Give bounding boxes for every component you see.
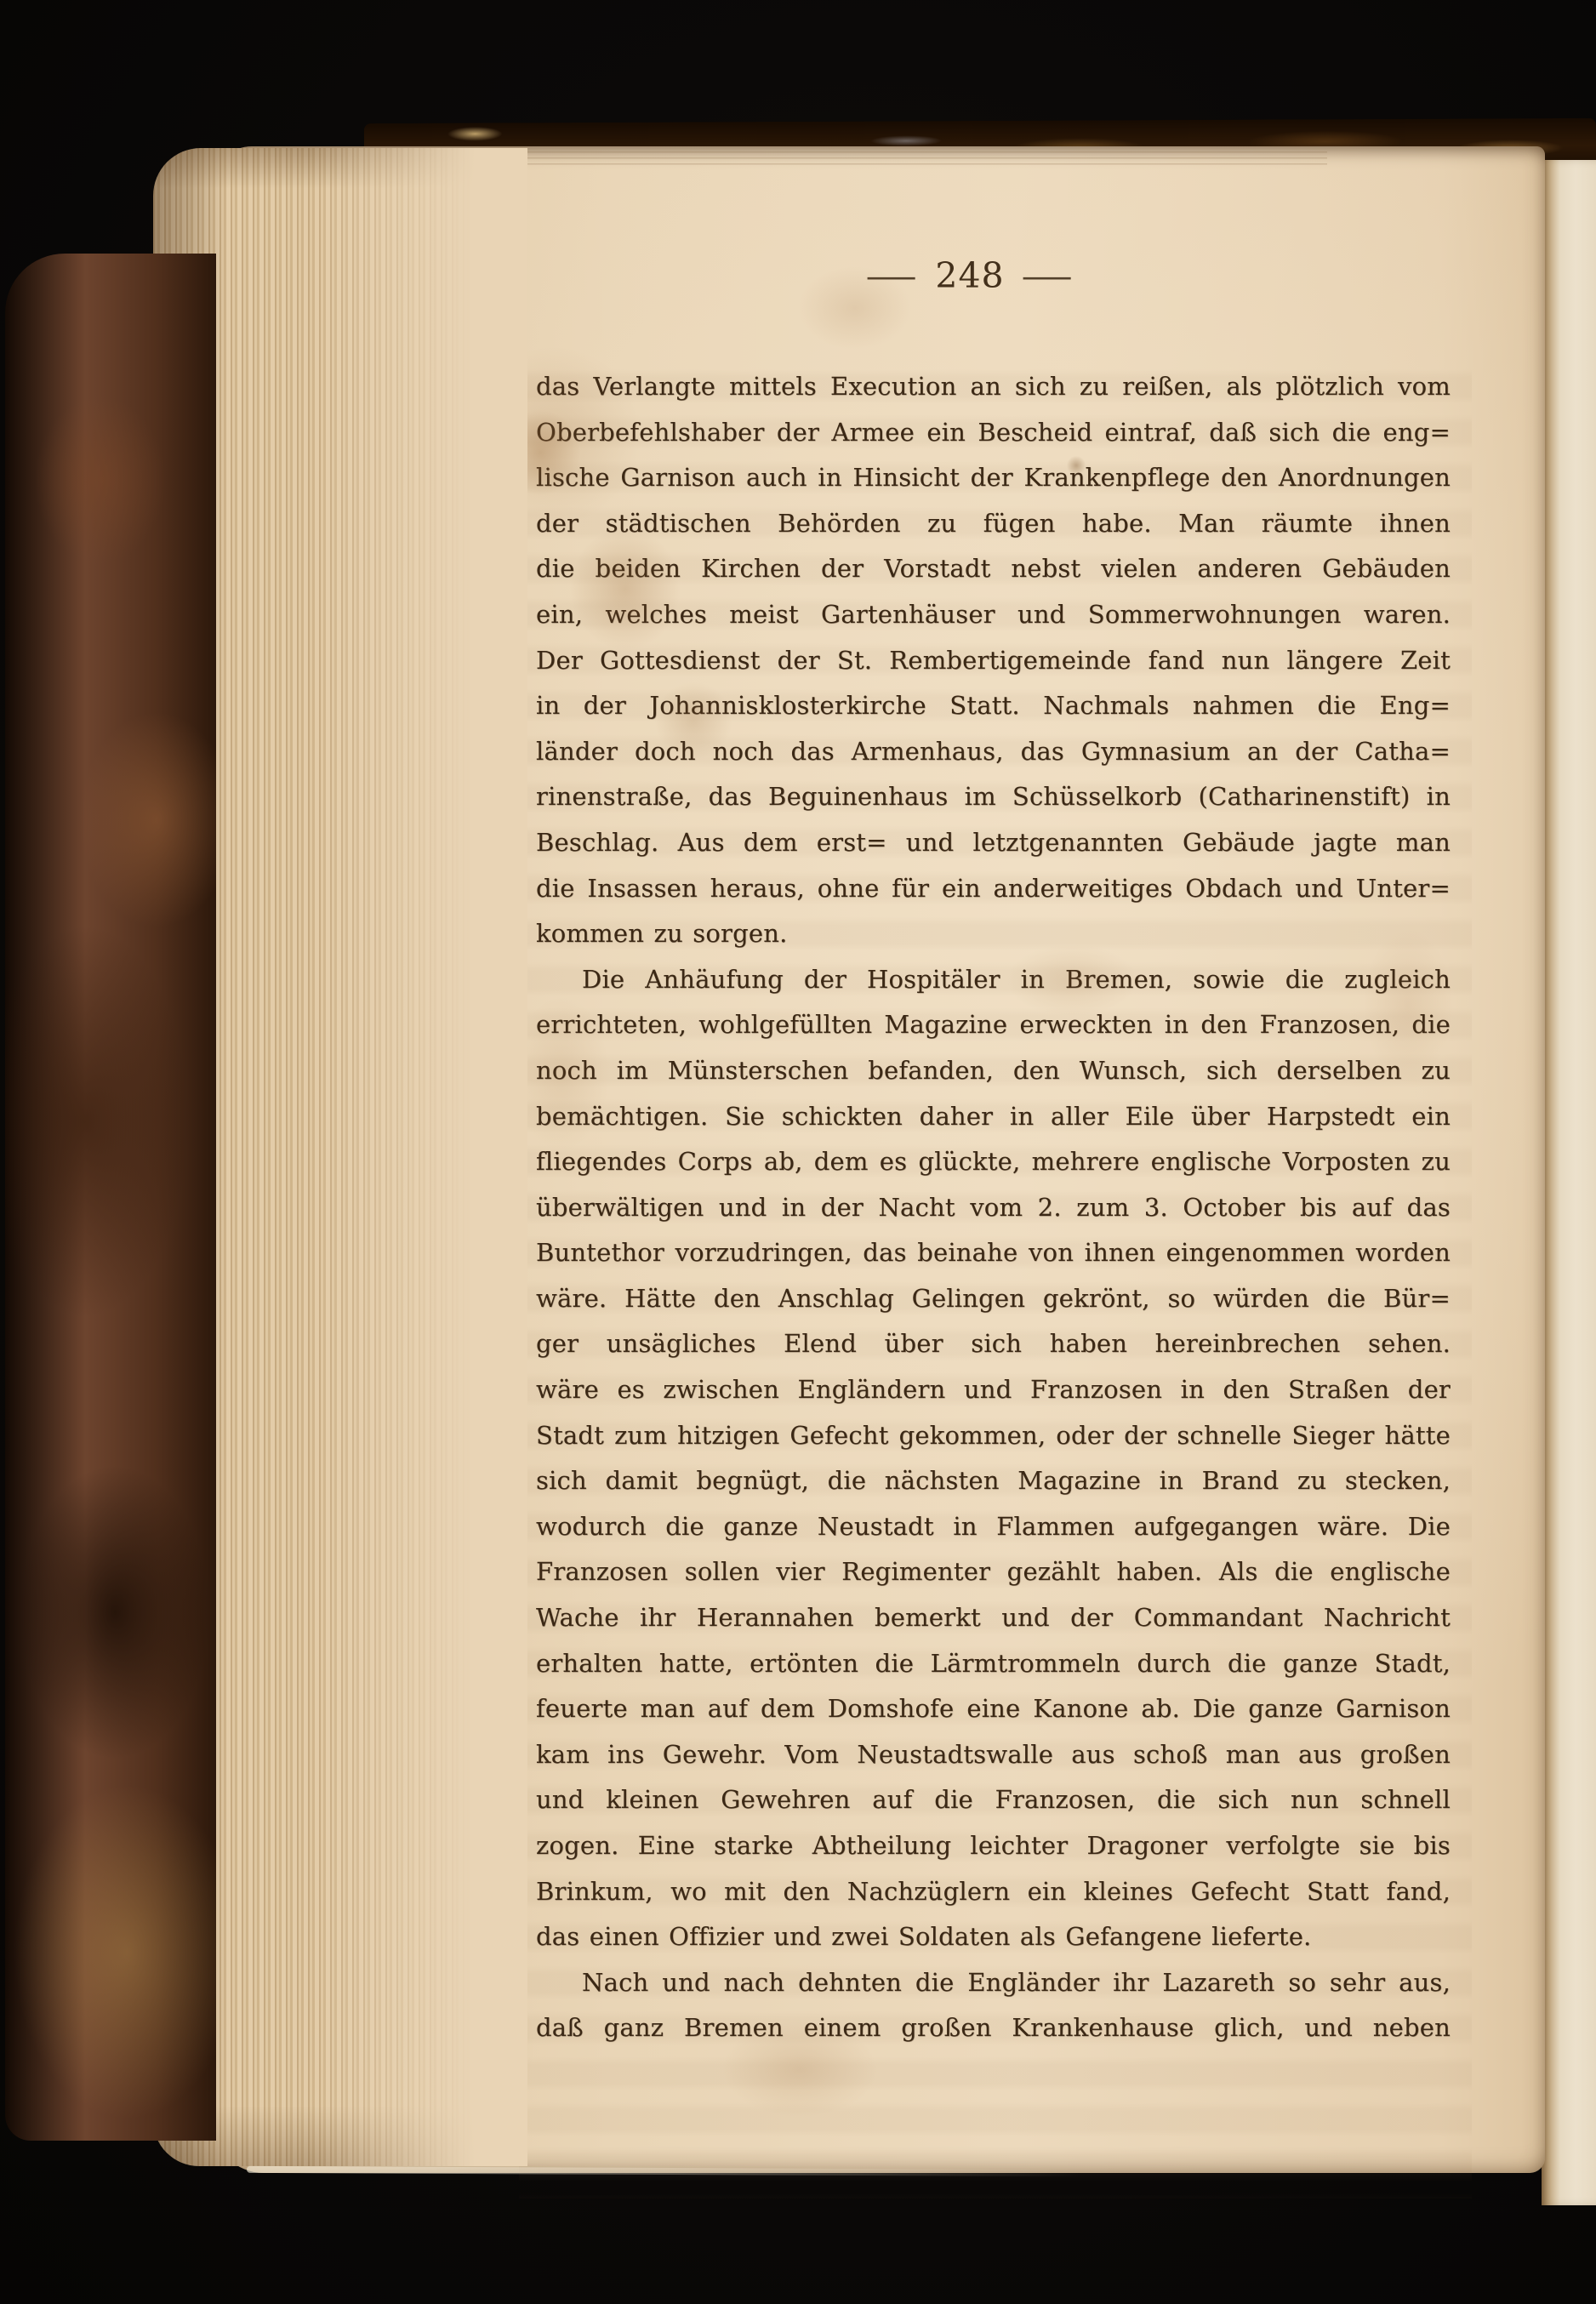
text-line: das einen Offizier und zwei Soldaten als… bbox=[536, 1914, 1451, 1960]
text-line: Franzosen sollen vier Regimenter gezählt… bbox=[536, 1549, 1451, 1595]
text-line: die beiden Kirchen der Vorstadt nebst vi… bbox=[536, 546, 1451, 592]
text-line: feuerte man auf dem Domshofe eine Kanone… bbox=[536, 1686, 1451, 1732]
text-line: errichteten, wohlgefüllten Magazine erwe… bbox=[536, 1002, 1451, 1048]
text-line: Nach und nach dehnten die Engländer ihr … bbox=[536, 1960, 1451, 2006]
text-line: länder doch noch das Armenhaus, das Gymn… bbox=[536, 729, 1451, 775]
text-line: fliegendes Corps ab, dem es glückte, meh… bbox=[536, 1139, 1451, 1185]
text-line: das Verlangte mittels Execution an sich … bbox=[536, 364, 1451, 410]
text-line: kam ins Gewehr. Vom Neustadtswalle aus s… bbox=[536, 1732, 1451, 1778]
text-line: noch im Münsterschen befanden, den Wunsc… bbox=[536, 1048, 1451, 1094]
text-block: das Verlangte mittels Execution an sich … bbox=[536, 364, 1451, 2051]
text-line: rinenstraße, das Beguinenhaus im Schüsse… bbox=[536, 774, 1451, 820]
book-spine bbox=[5, 254, 216, 2141]
text-line: überwältigen und in der Nacht vom 2. zum… bbox=[536, 1185, 1451, 1231]
text-line: ein, welches meist Gartenhäuser und Somm… bbox=[536, 592, 1451, 638]
text-line: ger unsägliches Elend über sich haben he… bbox=[536, 1321, 1451, 1367]
next-page-sliver bbox=[1542, 160, 1596, 2205]
text-line: Wache ihr Herannahen bemerkt und der Com… bbox=[536, 1595, 1451, 1641]
text-line: bemächtigen. Sie schickten daher in alle… bbox=[536, 1094, 1451, 1140]
text-line: wäre es zwischen Engländern und Franzose… bbox=[536, 1367, 1451, 1413]
text-line: Die Anhäufung der Hospitäler in Bremen, … bbox=[536, 957, 1451, 1003]
text-line: erhalten hatte, ertönten die Lärmtrommel… bbox=[536, 1641, 1451, 1687]
text-line: die Insassen heraus, ohne für ein anderw… bbox=[536, 866, 1451, 912]
text-line: wäre. Hätte den Anschlag Gelingen gekrön… bbox=[536, 1276, 1451, 1322]
text-line: in der Johannisklosterkirche Statt. Nach… bbox=[536, 683, 1451, 729]
text-line: Oberbefehlshaber der Armee ein Bescheid … bbox=[536, 410, 1451, 456]
text-line: Buntethor vorzudringen, das beinahe von … bbox=[536, 1230, 1451, 1276]
text-line: Brinkum, wo mit den Nachzüglern ein klei… bbox=[536, 1869, 1451, 1915]
text-line: Stadt zum hitzigen Gefecht gekommen, ode… bbox=[536, 1413, 1451, 1459]
page-number-dash-left: — bbox=[865, 255, 919, 296]
text-line: wodurch die ganze Neustadt in Flammen au… bbox=[536, 1504, 1451, 1550]
text-line: daß ganz Bremen einem großen Krankenhaus… bbox=[536, 2005, 1451, 2051]
text-line: sich damit begnügt, die nächsten Magazin… bbox=[536, 1458, 1451, 1504]
text-line: und kleinen Gewehren auf die Franzosen, … bbox=[536, 1777, 1451, 1823]
text-line: kommen zu sorgen. bbox=[536, 911, 1451, 957]
text-line: lische Garnison auch in Hinsicht der Kra… bbox=[536, 455, 1451, 501]
text-line: Beschlag. Aus dem erst= und letztgenannt… bbox=[536, 820, 1451, 866]
page-number-dash-right: — bbox=[1021, 255, 1074, 296]
page-header: —248— bbox=[848, 255, 1091, 296]
page-number: 248 bbox=[935, 255, 1004, 296]
text-line: Der Gottesdienst der St. Rembertigemeind… bbox=[536, 638, 1451, 684]
text-line: zogen. Eine starke Abtheilung leichter D… bbox=[536, 1823, 1451, 1869]
book-photo: —248— das Verlangte mittels Execution an… bbox=[0, 0, 1596, 2304]
text-line: der städtischen Behörden zu fügen habe. … bbox=[536, 501, 1451, 547]
